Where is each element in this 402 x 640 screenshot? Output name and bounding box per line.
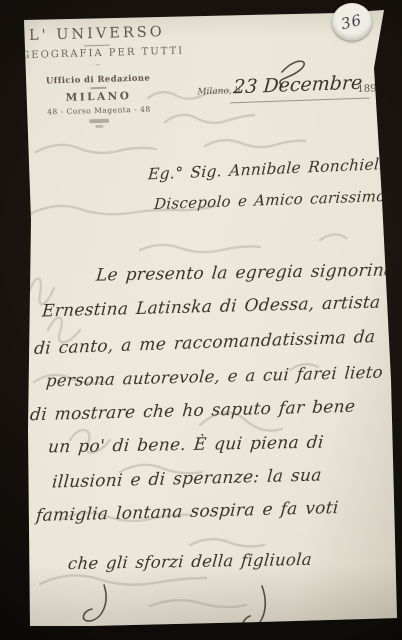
photo-background: L' UNIVERSO GEOGRAFIA PER TUTTI ~ Uffici… [0,0,402,640]
letterhead-subtitle: GEOGRAFIA PER TUTTI [21,46,173,61]
letterhead-address: 48 - Corso Magenta - 48 [23,104,175,117]
letterhead-rule-small [90,87,106,89]
inventory-sticker-number: 36 [340,11,365,34]
letterhead: L' UNIVERSO GEOGRAFIA PER TUTTI ~ Uffici… [21,24,176,130]
letter-paper: L' UNIVERSO GEOGRAFIA PER TUTTI ~ Uffici… [0,0,402,640]
letterhead-city: MILANO [22,89,174,105]
letterhead-stamp-smudge-small [95,125,103,128]
dateline: Milano, li 23 Decembre 189 7 [197,75,399,142]
dateline-handwritten-date: 23 Decembre [232,72,363,99]
letterhead-office: Ufficio di Redazione [22,73,174,87]
letterhead-stamp-smudge [89,119,109,124]
dateline-handwritten-digit: 7 [374,68,393,99]
letterhead-title: L' UNIVERSO [21,24,173,44]
inventory-sticker: 36 [332,3,372,41]
letterhead-rule [84,45,110,47]
dateline-underline [230,97,370,103]
letterhead-ornament: ~ [22,60,174,70]
